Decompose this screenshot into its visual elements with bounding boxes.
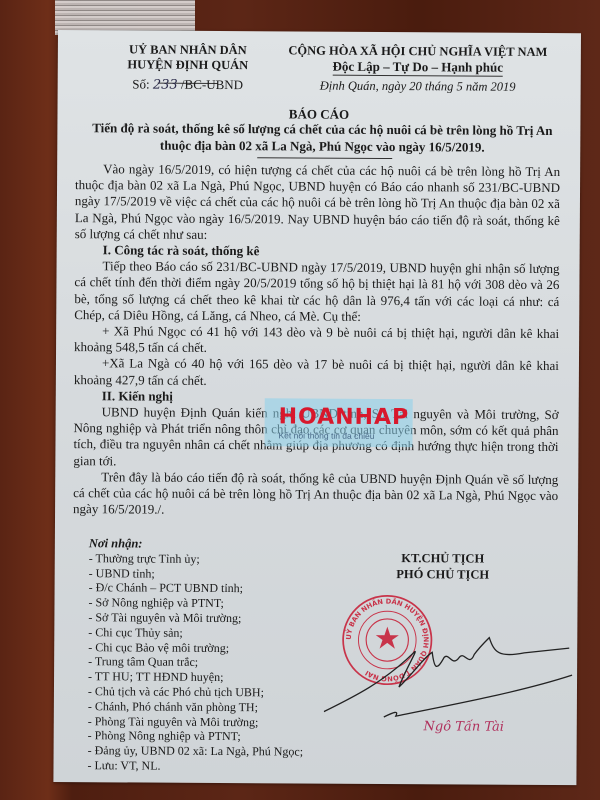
authority-line2: HUYỆN ĐỊNH QUÁN — [93, 57, 283, 73]
motto: Độc Lập – Tự Do – Hạnh phúc — [332, 59, 503, 77]
country-name: CỘNG HÒA XÃ HỘI CHỦ NGHĨA VIỆT NAM — [273, 43, 563, 60]
bullet-la-nga: +Xã La Ngà có 40 hộ với 165 dèo và 17 bè… — [74, 356, 559, 391]
number-prefix: Số: — [132, 76, 153, 91]
watermark-logo: HOANHAP — [279, 404, 410, 430]
document-number: Số: 233 /BC-UBND — [93, 76, 283, 93]
title-divider — [257, 157, 392, 159]
recipient-item: - Phòng Tài nguyên và Môi trường; — [88, 714, 338, 730]
section1-paragraph: Tiếp theo Báo cáo số 231/BC-UBND ngày 17… — [74, 258, 559, 326]
recipients-items: - Thường trực Tỉnh ủy;- UBND tỉnh;- Đ/c … — [87, 551, 338, 774]
authority-line1: UỶ BAN NHÂN DÂN — [93, 42, 283, 58]
watermark-tagline: Kết nối thông tin đa chiều — [278, 430, 374, 441]
recipients-label: Nơi nhận: — [89, 536, 339, 552]
intro-paragraph: Vào ngày 16/5/2019, có hiện tượng cá chế… — [75, 161, 560, 245]
place-date: Định Quán, ngày 20 tháng 5 năm 2019 — [273, 78, 563, 95]
number-handwritten: 233 — [153, 78, 178, 93]
document-body: Vào ngày 16/5/2019, có hiện tượng cá chế… — [73, 161, 560, 520]
recipient-item: - Thường trực Tỉnh ủy; — [89, 551, 339, 567]
recipient-item: - Sở Tài nguyên và Môi trường; — [88, 610, 338, 626]
recipient-item: - Phòng Nông nghiệp và PTNT; — [88, 729, 338, 745]
handwritten-signature — [324, 612, 575, 724]
number-suffix: /BC-UBND — [178, 77, 243, 92]
recipient-item: - Chi cục Thủy sản; — [88, 625, 338, 641]
closing-paragraph: Trên đây là báo cáo tiến độ rà soát, thố… — [73, 469, 558, 521]
signatory-title: KT.CHỦ TỊCH PHÓ CHỦ TỊCH — [373, 550, 513, 583]
bullet-phu-ngoc: + Xã Phú Ngọc có 41 hộ với 143 dèo và 9 … — [74, 323, 559, 358]
recipient-item: - Chánh, Phó chánh văn phòng TH; — [88, 699, 338, 715]
signatory-line1: KT.CHỦ TỊCH — [373, 550, 513, 567]
recipient-item: - Sở Nông nghiệp và PTNT; — [88, 595, 338, 611]
recipient-item: - UBND tỉnh; — [89, 566, 339, 582]
national-motto: CỘNG HÒA XÃ HỘI CHỦ NGHĨA VIỆT NAM Độc L… — [273, 43, 563, 77]
signatory-line2: PHÓ CHỦ TỊCH — [373, 566, 513, 583]
recipient-item: - Trung tâm Quan trắc; — [88, 655, 338, 671]
site-watermark: HOANHAP Kết nối thông tin đa chiều — [264, 398, 412, 447]
document-page: UỶ BAN NHÂN DÂN HUYỆN ĐỊNH QUÁN Số: 233 … — [53, 30, 581, 785]
recipients-list: Nơi nhận: - Thường trực Tỉnh ủy;- UBND t… — [87, 536, 338, 774]
recipient-item: - TT HU; TT HĐND huyện; — [88, 669, 338, 685]
recipient-item: - Chi cục Bảo vệ môi trường; — [88, 640, 338, 656]
recipient-item: - Đảng ủy, UBND 02 xã: La Ngà, Phú Ngọc; — [88, 743, 338, 759]
recipient-item: - Chủ tịch và các Phó chủ tịch UBH; — [88, 684, 338, 700]
recipient-item: - Lưu: VT, NL. — [87, 758, 337, 774]
signer-name: Ngô Tấn Tài — [394, 719, 534, 735]
document-subtitle: Tiến độ rà soát, thống kê số lượng cá ch… — [77, 119, 567, 156]
recipient-item: - Đ/c Chánh – PCT UBND tỉnh; — [89, 581, 339, 597]
